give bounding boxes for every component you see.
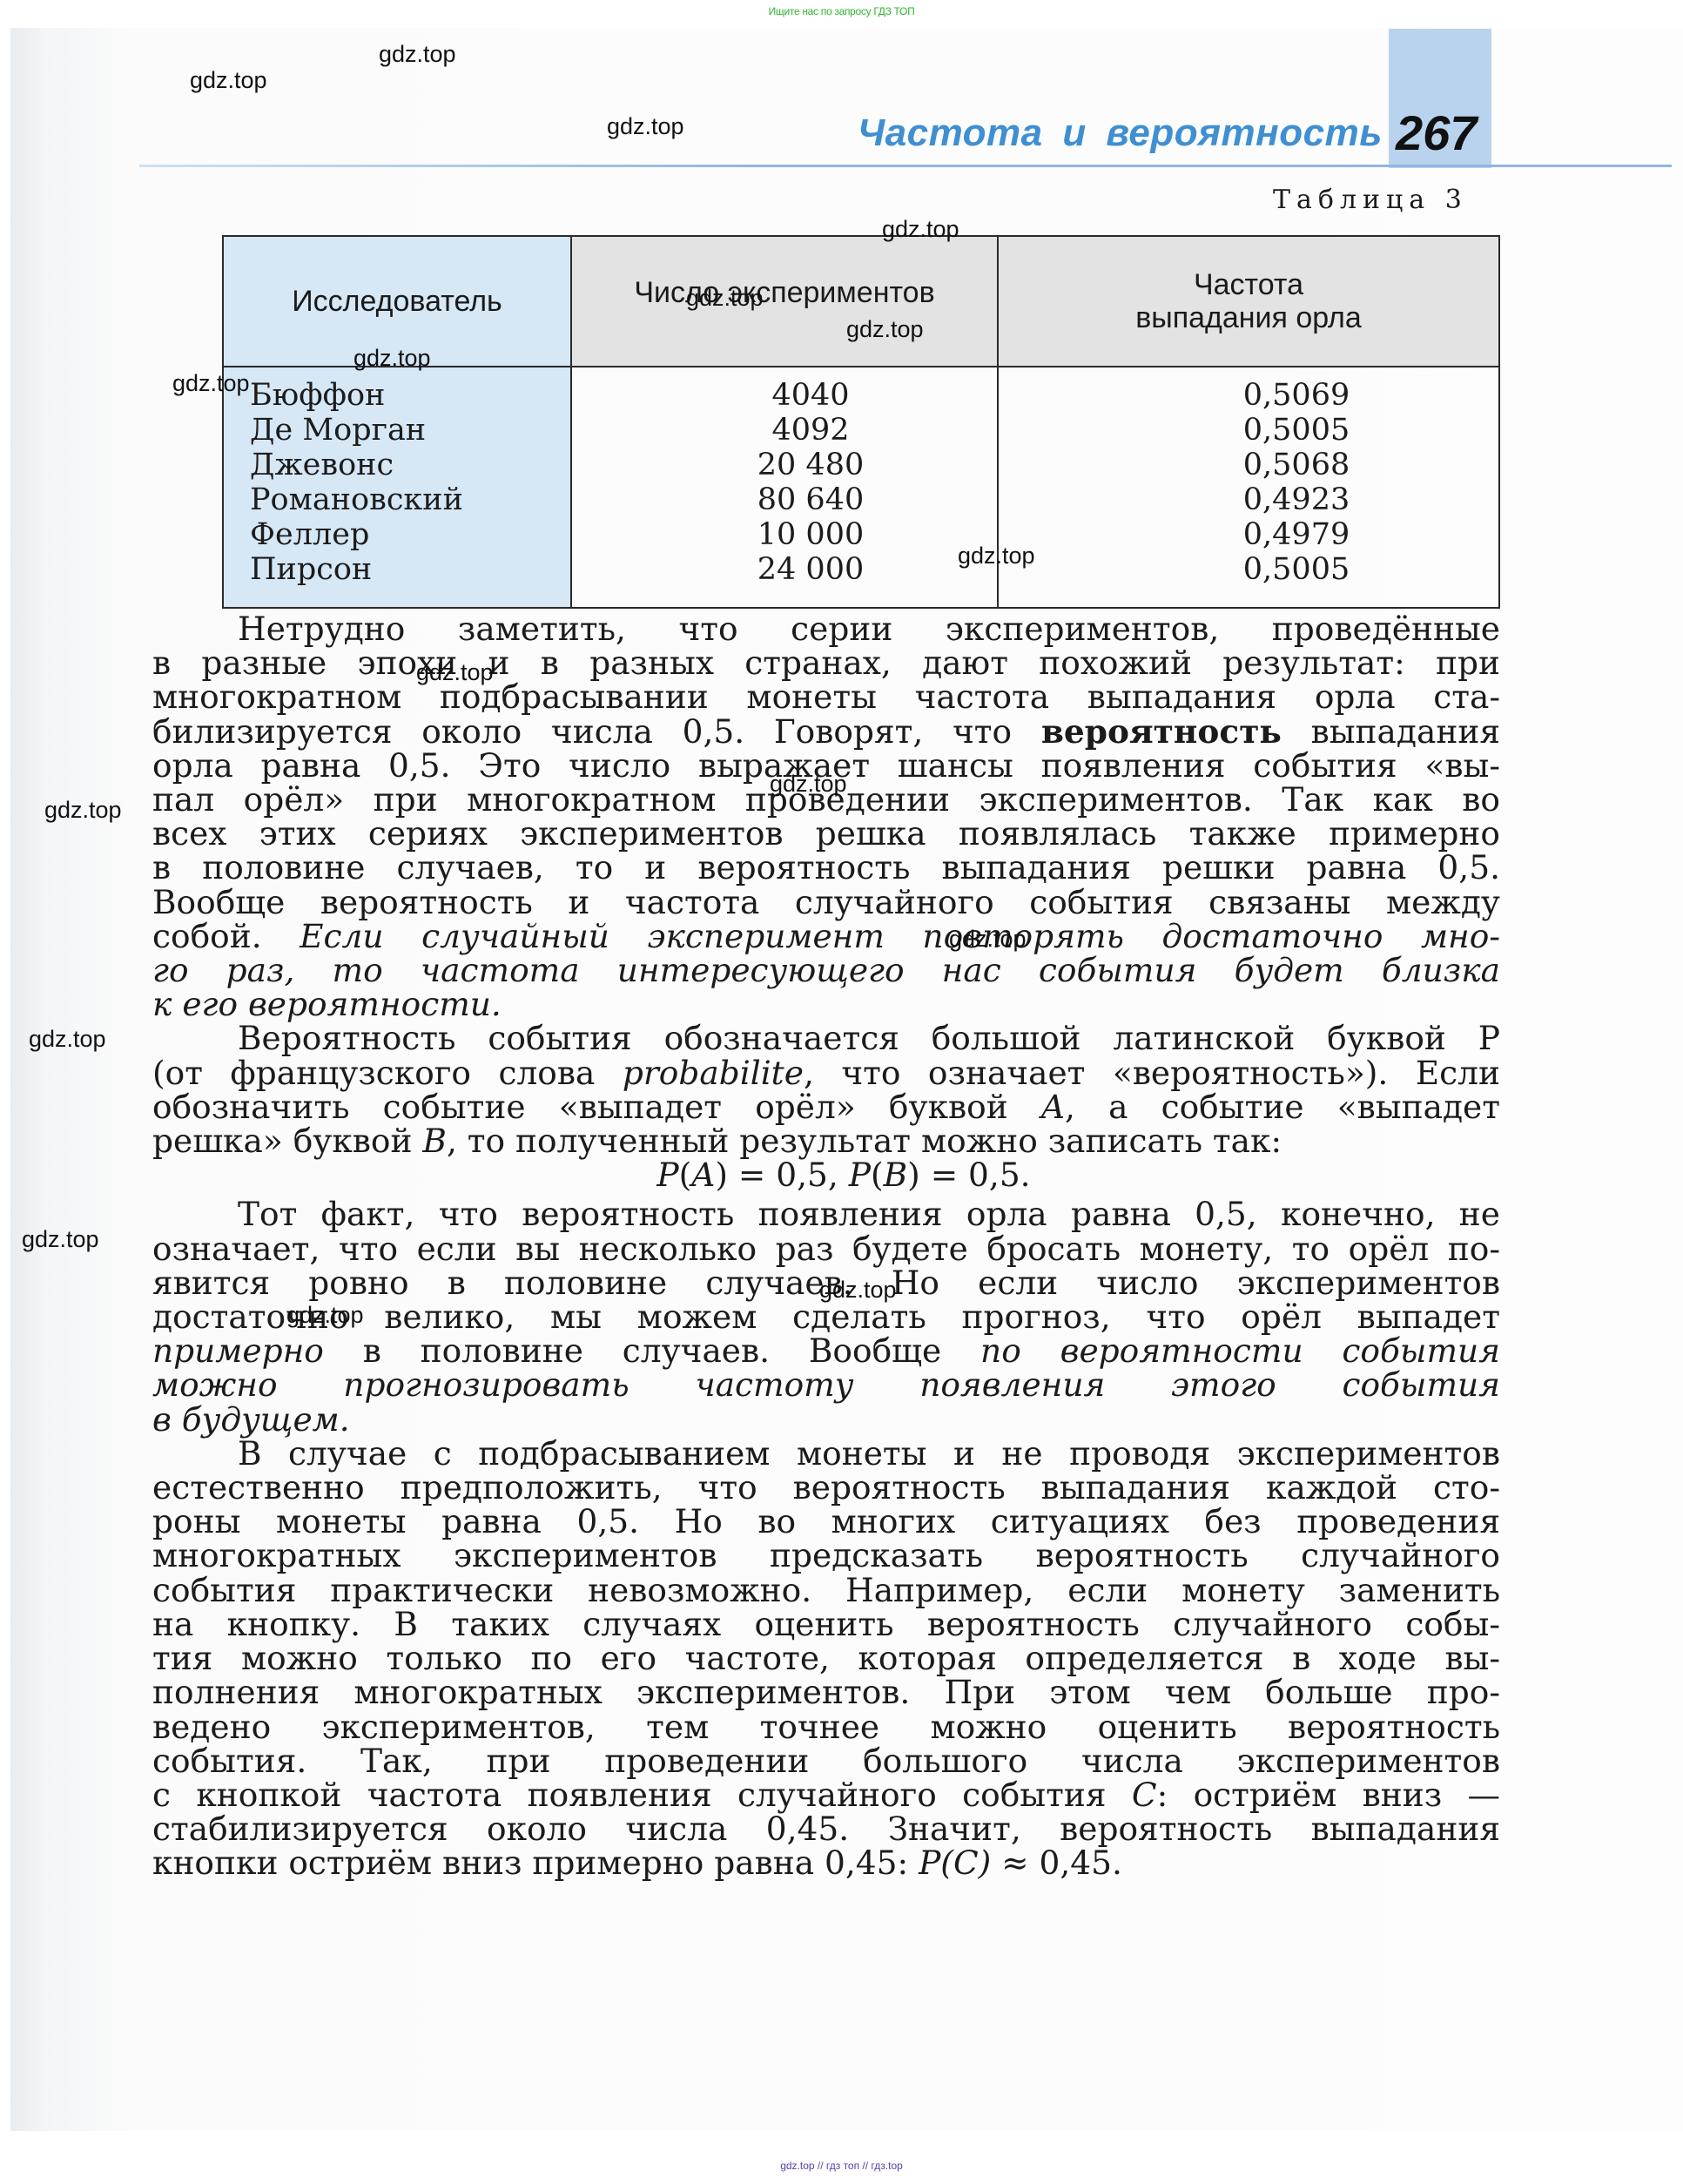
text-line: примерно в половине случаев. Вообще по в… xyxy=(152,1334,1500,1368)
text-line: события. Так, при проведении большого чи… xyxy=(152,1744,1500,1778)
table-cell-frequency: 0,5069 xyxy=(1094,378,1498,413)
column-header-frequency: Частотавыпадания орла xyxy=(998,236,1499,367)
gdz-watermark: gdz.top xyxy=(29,1026,106,1053)
table-cell-experiments: 10 000 xyxy=(624,517,997,552)
text-line: тия можно только по его частоте, которая… xyxy=(152,1641,1500,1675)
text-line: в будущем. xyxy=(152,1403,1500,1437)
header-rule xyxy=(139,165,1672,167)
table-cell-frequency: 0,5005 xyxy=(1094,413,1498,448)
gdz-watermark: gdz.top xyxy=(416,659,494,686)
text-line: стабилизируется около числа 0,45. Значит… xyxy=(152,1812,1500,1846)
paragraph-1: Нетрудно заметить, что серии эксперимент… xyxy=(152,612,1500,1021)
table-caption: Таблица 3 xyxy=(1273,185,1468,215)
page-number: 267 xyxy=(1396,104,1477,161)
text-line: с кнопкой частота появления случайного с… xyxy=(152,1778,1500,1812)
text-line: естественно предположить, что вероятност… xyxy=(152,1471,1500,1505)
text-line: на кнопку. В таких случаях оценить вероя… xyxy=(152,1608,1500,1641)
gdz-watermark: gdz.top xyxy=(686,285,764,312)
gdz-watermark: gdz.top xyxy=(607,113,684,140)
column-header-experiments: Число экспериментов xyxy=(571,236,998,367)
experiments-column: 4040409220 48080 64010 00024 000 xyxy=(571,367,998,608)
text-line: собой. Если случайный эксперимент повтор… xyxy=(152,920,1500,954)
experiments-table: Исследователь Число экспериментов Частот… xyxy=(222,235,1500,609)
paragraph-4: В случае с подбрасыванием монеты и не пр… xyxy=(152,1437,1500,1881)
top-watermark-banner: Ищите нас по запросу ГДЗ ТОП xyxy=(0,5,1683,17)
gdz-watermark: gdz.top xyxy=(846,316,924,343)
gdz-watermark: gdz.top xyxy=(949,926,1027,953)
text-line: в половине случаев, то и вероятность вып… xyxy=(152,851,1500,885)
formula-probabilities: P(A) = 0,5, P(B) = 0,5. xyxy=(152,1158,1500,1192)
footer-watermark: gdz.top // гдз топ // гдз.top xyxy=(0,2160,1683,2172)
table-cell-frequency: 0,4979 xyxy=(1094,517,1498,552)
text-line: решка» буквой B, то полученный результат… xyxy=(152,1124,1500,1158)
researcher-column: БюффонДе МорганДжевонсРомановскийФеллерП… xyxy=(223,367,571,608)
text-line: Тот факт, что вероятность появления орла… xyxy=(152,1197,1500,1231)
text-line: (от французского слова probabilite, что … xyxy=(152,1056,1500,1090)
table-cell-researcher: Пирсон xyxy=(250,552,570,587)
gdz-watermark: gdz.top xyxy=(882,216,959,243)
text-line: многократных экспериментов предсказать в… xyxy=(152,1539,1500,1573)
gdz-watermark: gdz.top xyxy=(379,41,456,68)
table-cell-researcher: Бюффон xyxy=(250,378,570,413)
table-cell-frequency: 0,5068 xyxy=(1094,448,1498,482)
gdz-watermark: gdz.top xyxy=(22,1226,99,1253)
running-header-title: Частота и вероятность xyxy=(858,111,1383,155)
text-line: билизируется около числа 0,5. Говорят, ч… xyxy=(152,715,1500,749)
body-text: Нетрудно заметить, что серии эксперимент… xyxy=(152,612,1500,1881)
text-line: В случае с подбрасыванием монеты и не пр… xyxy=(152,1437,1500,1471)
text-line: Вероятность события обозначается большой… xyxy=(152,1021,1500,1055)
text-line: можно прогнозировать частоту появления э… xyxy=(152,1368,1500,1402)
text-line: Вообще вероятность и частота случайного … xyxy=(152,886,1500,920)
gdz-watermark: gdz.top xyxy=(190,67,267,94)
text-line: к его вероятности. xyxy=(152,988,1500,1021)
table-cell-experiments: 80 640 xyxy=(624,482,997,517)
text-line: кнопки остриём вниз примерно равна 0,45:… xyxy=(152,1846,1500,1880)
gdz-watermark: gdz.top xyxy=(44,797,122,824)
table-cell-experiments: 4092 xyxy=(624,413,997,448)
table-cell-researcher: Романовский xyxy=(250,482,570,517)
table-cell-frequency: 0,5005 xyxy=(1094,552,1498,587)
gdz-watermark: gdz.top xyxy=(172,370,250,397)
gdz-watermark: gdz.top xyxy=(958,543,1035,570)
table-cell-experiments: 4040 xyxy=(624,378,997,413)
frequency-column: 0,50690,50050,50680,49230,49790,5005 xyxy=(998,367,1499,608)
text-line: события практически невозможно. Например… xyxy=(152,1574,1500,1608)
text-line: Нетрудно заметить, что серии эксперимент… xyxy=(152,612,1500,646)
gdz-watermark: gdz.top xyxy=(286,1302,364,1329)
text-line: означает, что если вы несколько раз буде… xyxy=(152,1232,1500,1266)
paragraph-2: Вероятность события обозначается большой… xyxy=(152,1021,1500,1158)
text-line: го раз, то частота интересующего нас соб… xyxy=(152,954,1500,988)
table-cell-experiments: 20 480 xyxy=(624,448,997,482)
table-body: БюффонДе МорганДжевонсРомановскийФеллерП… xyxy=(223,367,1499,608)
gdz-watermark: gdz.top xyxy=(770,771,847,798)
gdz-watermark: gdz.top xyxy=(353,345,431,372)
table-cell-researcher: Феллер xyxy=(250,517,570,552)
text-line: в разные эпохи и в разных странах, дают … xyxy=(152,646,1500,680)
text-line: полнения многократных экспериментов. При… xyxy=(152,1675,1500,1709)
table-cell-researcher: Де Морган xyxy=(250,413,570,448)
table-cell-frequency: 0,4923 xyxy=(1094,482,1498,517)
table-cell-researcher: Джевонс xyxy=(250,448,570,482)
text-line: обозначить событие «выпадет орёл» буквой… xyxy=(152,1090,1500,1124)
text-line: роны монеты равна 0,5. Но во многих ситу… xyxy=(152,1505,1500,1539)
text-line: ведено экспериментов, тем точнее можно о… xyxy=(152,1710,1500,1744)
text-line: всех этих сериях экспериментов решка поя… xyxy=(152,817,1500,851)
gdz-watermark: gdz.top xyxy=(819,1277,897,1304)
table-cell-experiments: 24 000 xyxy=(624,552,997,587)
text-line: многократном подбрасывании монеты частот… xyxy=(152,680,1500,714)
